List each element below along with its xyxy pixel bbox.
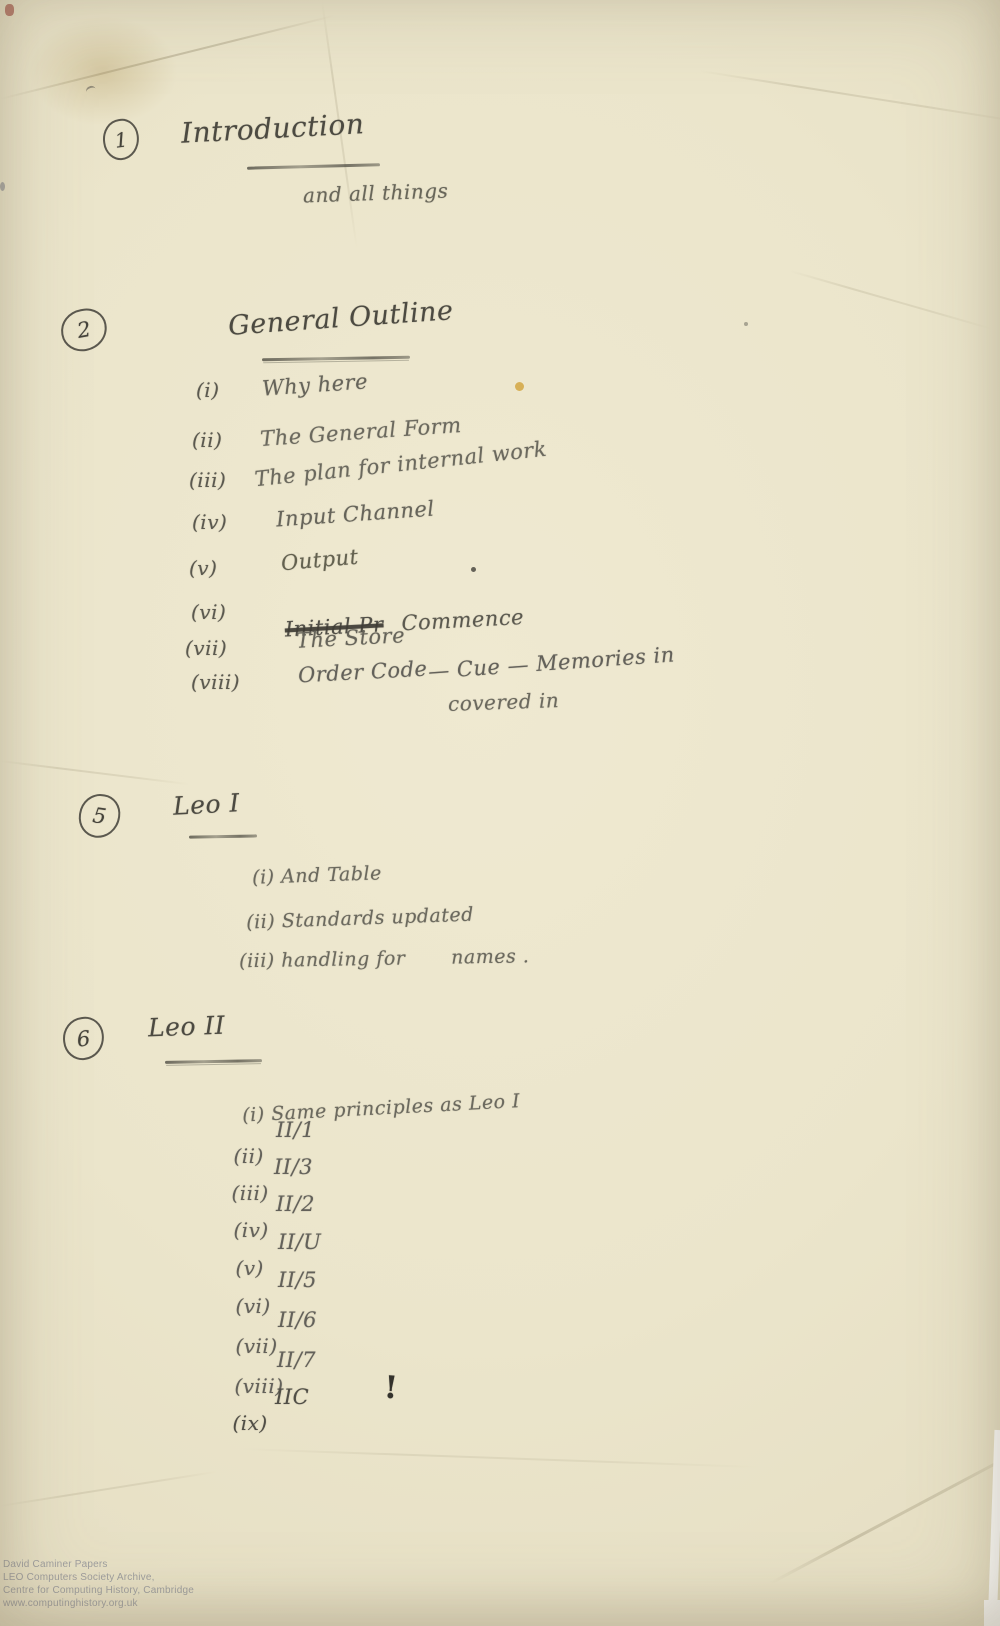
section-5-underline (189, 834, 257, 838)
red-mark-top-left (5, 4, 14, 16)
section-1-number-circle: 1 (101, 117, 142, 162)
section-6-item-6-value: II/5 (278, 1268, 317, 1292)
section-2-item-8-second-line: covered in (448, 688, 560, 716)
section-2-title: General Outline (227, 295, 454, 342)
section-2-item-6-num: (vi) (191, 600, 226, 624)
section-2-underline (262, 356, 410, 361)
watermark-line-institution: Centre for Computing History, Cambridge (3, 1584, 194, 1597)
section-2-number: 2 (75, 317, 92, 343)
yellow-speck (515, 382, 524, 391)
section-6-item-8-value: II/7 (277, 1348, 316, 1372)
section-6-item-4-value: II/2 (276, 1192, 315, 1216)
crease-top-right (700, 70, 1000, 124)
section-2-item-5-num: (v) (189, 556, 217, 580)
section-2-item-8-num: (viii) (191, 670, 240, 694)
section-6-item-7-value: II/6 (278, 1308, 317, 1332)
section-6-number: 6 (76, 1026, 92, 1051)
section-5-number-circle: 5 (76, 791, 123, 840)
section-6-item-9-num: (ix) (232, 1411, 267, 1435)
section-2-item-7-num: (vii) (185, 636, 227, 660)
section-1-note: and all things (303, 178, 449, 207)
pencil-flick (85, 85, 97, 97)
crease-bottom-right (769, 1441, 1000, 1584)
watermark-line-archive: LEO Computers Society Archive, (3, 1571, 194, 1584)
section-2-item-4-num: (iv) (192, 510, 227, 534)
crease-mid-left (0, 760, 189, 785)
stain-top-left (28, 16, 178, 126)
watermark-line-collection: David Caminer Papers (3, 1558, 194, 1571)
scan-edge-sliver (988, 1430, 1000, 1626)
archive-watermark: David Caminer Papers LEO Computers Socie… (3, 1558, 194, 1610)
scanned-document-page: 1 Introduction and all things 2 General … (0, 0, 1000, 1626)
exclamation-mark: ! (383, 1370, 400, 1407)
section-5-item-1-text: And Table (274, 862, 382, 888)
section-5-item-3: (iii) handling for names . (212, 923, 529, 995)
section-6-underline (165, 1059, 262, 1063)
section-6-number-circle: 6 (61, 1015, 106, 1062)
crease-top-left (0, 15, 335, 100)
section-1-number: 1 (113, 127, 129, 152)
ink-dot (471, 567, 476, 572)
section-2-item-6-text: Commence (401, 605, 525, 635)
section-2-item-5: Output (280, 545, 359, 576)
faint-dot (744, 322, 748, 326)
section-2-number-circle: 2 (58, 305, 111, 354)
section-6-title: Leo II (148, 1011, 226, 1043)
section-5-item-1-num: (i) (252, 866, 275, 889)
section-1-title: Introduction (180, 107, 365, 150)
crease-lower-mid (240, 1448, 760, 1468)
section-2-item-2: The General Form (259, 413, 462, 451)
section-6-item-9-value: IIC (275, 1385, 309, 1409)
section-2-item-1: Why here (261, 369, 368, 400)
section-5-item-3-num: (iii) (239, 950, 275, 973)
section-5-number: 5 (91, 803, 108, 829)
section-6-item-9: (ix)IIC (205, 1387, 268, 1459)
section-1-underline (247, 163, 380, 169)
section-6-item-3-value: II/3 (274, 1155, 313, 1179)
section-5-item-3-text: handling for names . (275, 945, 530, 971)
section-6-item-5-value: II/U (278, 1230, 321, 1254)
section-6-item-2-value: II/1 (276, 1118, 315, 1142)
section-2-item-1-num: (i) (196, 378, 220, 402)
section-2-item-2-num: (ii) (192, 428, 222, 452)
crease-bottom-left (0, 1471, 217, 1507)
crease-mid-right (790, 270, 992, 330)
section-2-item-4: Input Channel (275, 496, 435, 531)
edge-mark-left (0, 182, 5, 191)
scan-edge-sliver-2 (984, 1600, 1000, 1626)
section-5-title: Leo I (172, 788, 240, 820)
section-2-item-3-num: (iii) (189, 468, 226, 492)
watermark-line-url: www.computinghistory.org.uk (3, 1597, 194, 1610)
